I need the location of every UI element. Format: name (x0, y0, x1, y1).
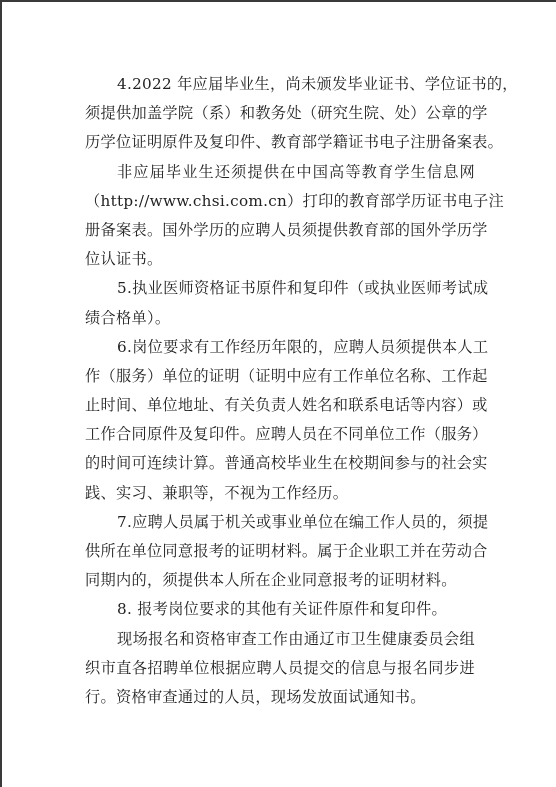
text-line: 现场报名和资格审查工作由通辽市卫生健康委员会组 (85, 625, 475, 654)
text-line: 绩合格单）。 (85, 304, 475, 333)
text-line: 止时间、单位地址、有关负责人姓名和联系电话等内容）或 (85, 391, 475, 420)
text-line: 6.岗位要求有工作经历年限的，应聘人员须提供本人工 (85, 333, 475, 362)
text-line: 历学位证明原件及复印件、教育部学籍证书电子注册备案表。 (85, 128, 475, 157)
paragraph-item-8: 8. 报考岗位要求的其他有关证件原件和复印件。 (85, 595, 475, 624)
text-line: 4.2022 年应届毕业生，尚未颁发毕业证书、学位证书的， (85, 70, 475, 99)
text-line: 册备案表。国外学历的应聘人员须提供教育部的国外学历学 (85, 216, 475, 245)
viewer-border-left (0, 0, 2, 787)
text-line: 位认证书。 (85, 245, 475, 274)
paragraph-non-graduate: 非应届毕业生还须提供在中国高等教育学生信息网 （http://www.chsi.… (85, 158, 475, 275)
text-line: 同期内的，须提供本人所在企业同意报考的证明材料。 (85, 566, 475, 595)
text-line: 织市直各招聘单位根据应聘人员提交的信息与报名同步进 (85, 654, 475, 683)
paragraph-item-7: 7.应聘人员属于机关或事业单位在编工作人员的，须提 供所在单位同意报考的证明材料… (85, 508, 475, 596)
text-line: 7.应聘人员属于机关或事业单位在编工作人员的，须提 (85, 508, 475, 537)
text-line: 非应届毕业生还须提供在中国高等教育学生信息网 (85, 158, 475, 187)
paragraph-item-6: 6.岗位要求有工作经历年限的，应聘人员须提供本人工 作（服务）单位的证明（证明中… (85, 333, 475, 508)
text-line: 须提供加盖学院（系）和教务处（研究生院、处）公章的学 (85, 99, 475, 128)
text-line: 8. 报考岗位要求的其他有关证件原件和复印件。 (85, 595, 475, 624)
paragraph-item-4: 4.2022 年应届毕业生，尚未颁发毕业证书、学位证书的， 须提供加盖学院（系）… (85, 70, 475, 158)
text-line: 作（服务）单位的证明（证明中应有工作单位名称、工作起 (85, 362, 475, 391)
paragraph-item-5: 5.执业医师资格证书原件和复印件（或执业医师考试成 绩合格单）。 (85, 274, 475, 332)
text-line: 5.执业医师资格证书原件和复印件（或执业医师考试成 (85, 274, 475, 303)
paragraph-onsite-review: 现场报名和资格审查工作由通辽市卫生健康委员会组 织市直各招聘单位根据应聘人员提交… (85, 625, 475, 713)
text-line: 践、实习、兼职等，不视为工作经历。 (85, 479, 475, 508)
viewer-border-top (0, 0, 556, 2)
document-page: 4.2022 年应届毕业生，尚未颁发毕业证书、学位证书的， 须提供加盖学院（系）… (85, 70, 475, 712)
text-line: 行。资格审查通过的人员，现场发放面试通知书。 (85, 683, 475, 712)
text-line: 工作合同原件及复印件。应聘人员在不同单位工作（服务） (85, 420, 475, 449)
text-line: 的时间可连续计算。普通高校毕业生在校期间参与的社会实 (85, 449, 475, 478)
text-line: 供所在单位同意报考的证明材料。属于企业职工并在劳动合 (85, 537, 475, 566)
text-line: （http://www.chsi.com.cn）打印的教育部学历证书电子注 (85, 187, 475, 216)
